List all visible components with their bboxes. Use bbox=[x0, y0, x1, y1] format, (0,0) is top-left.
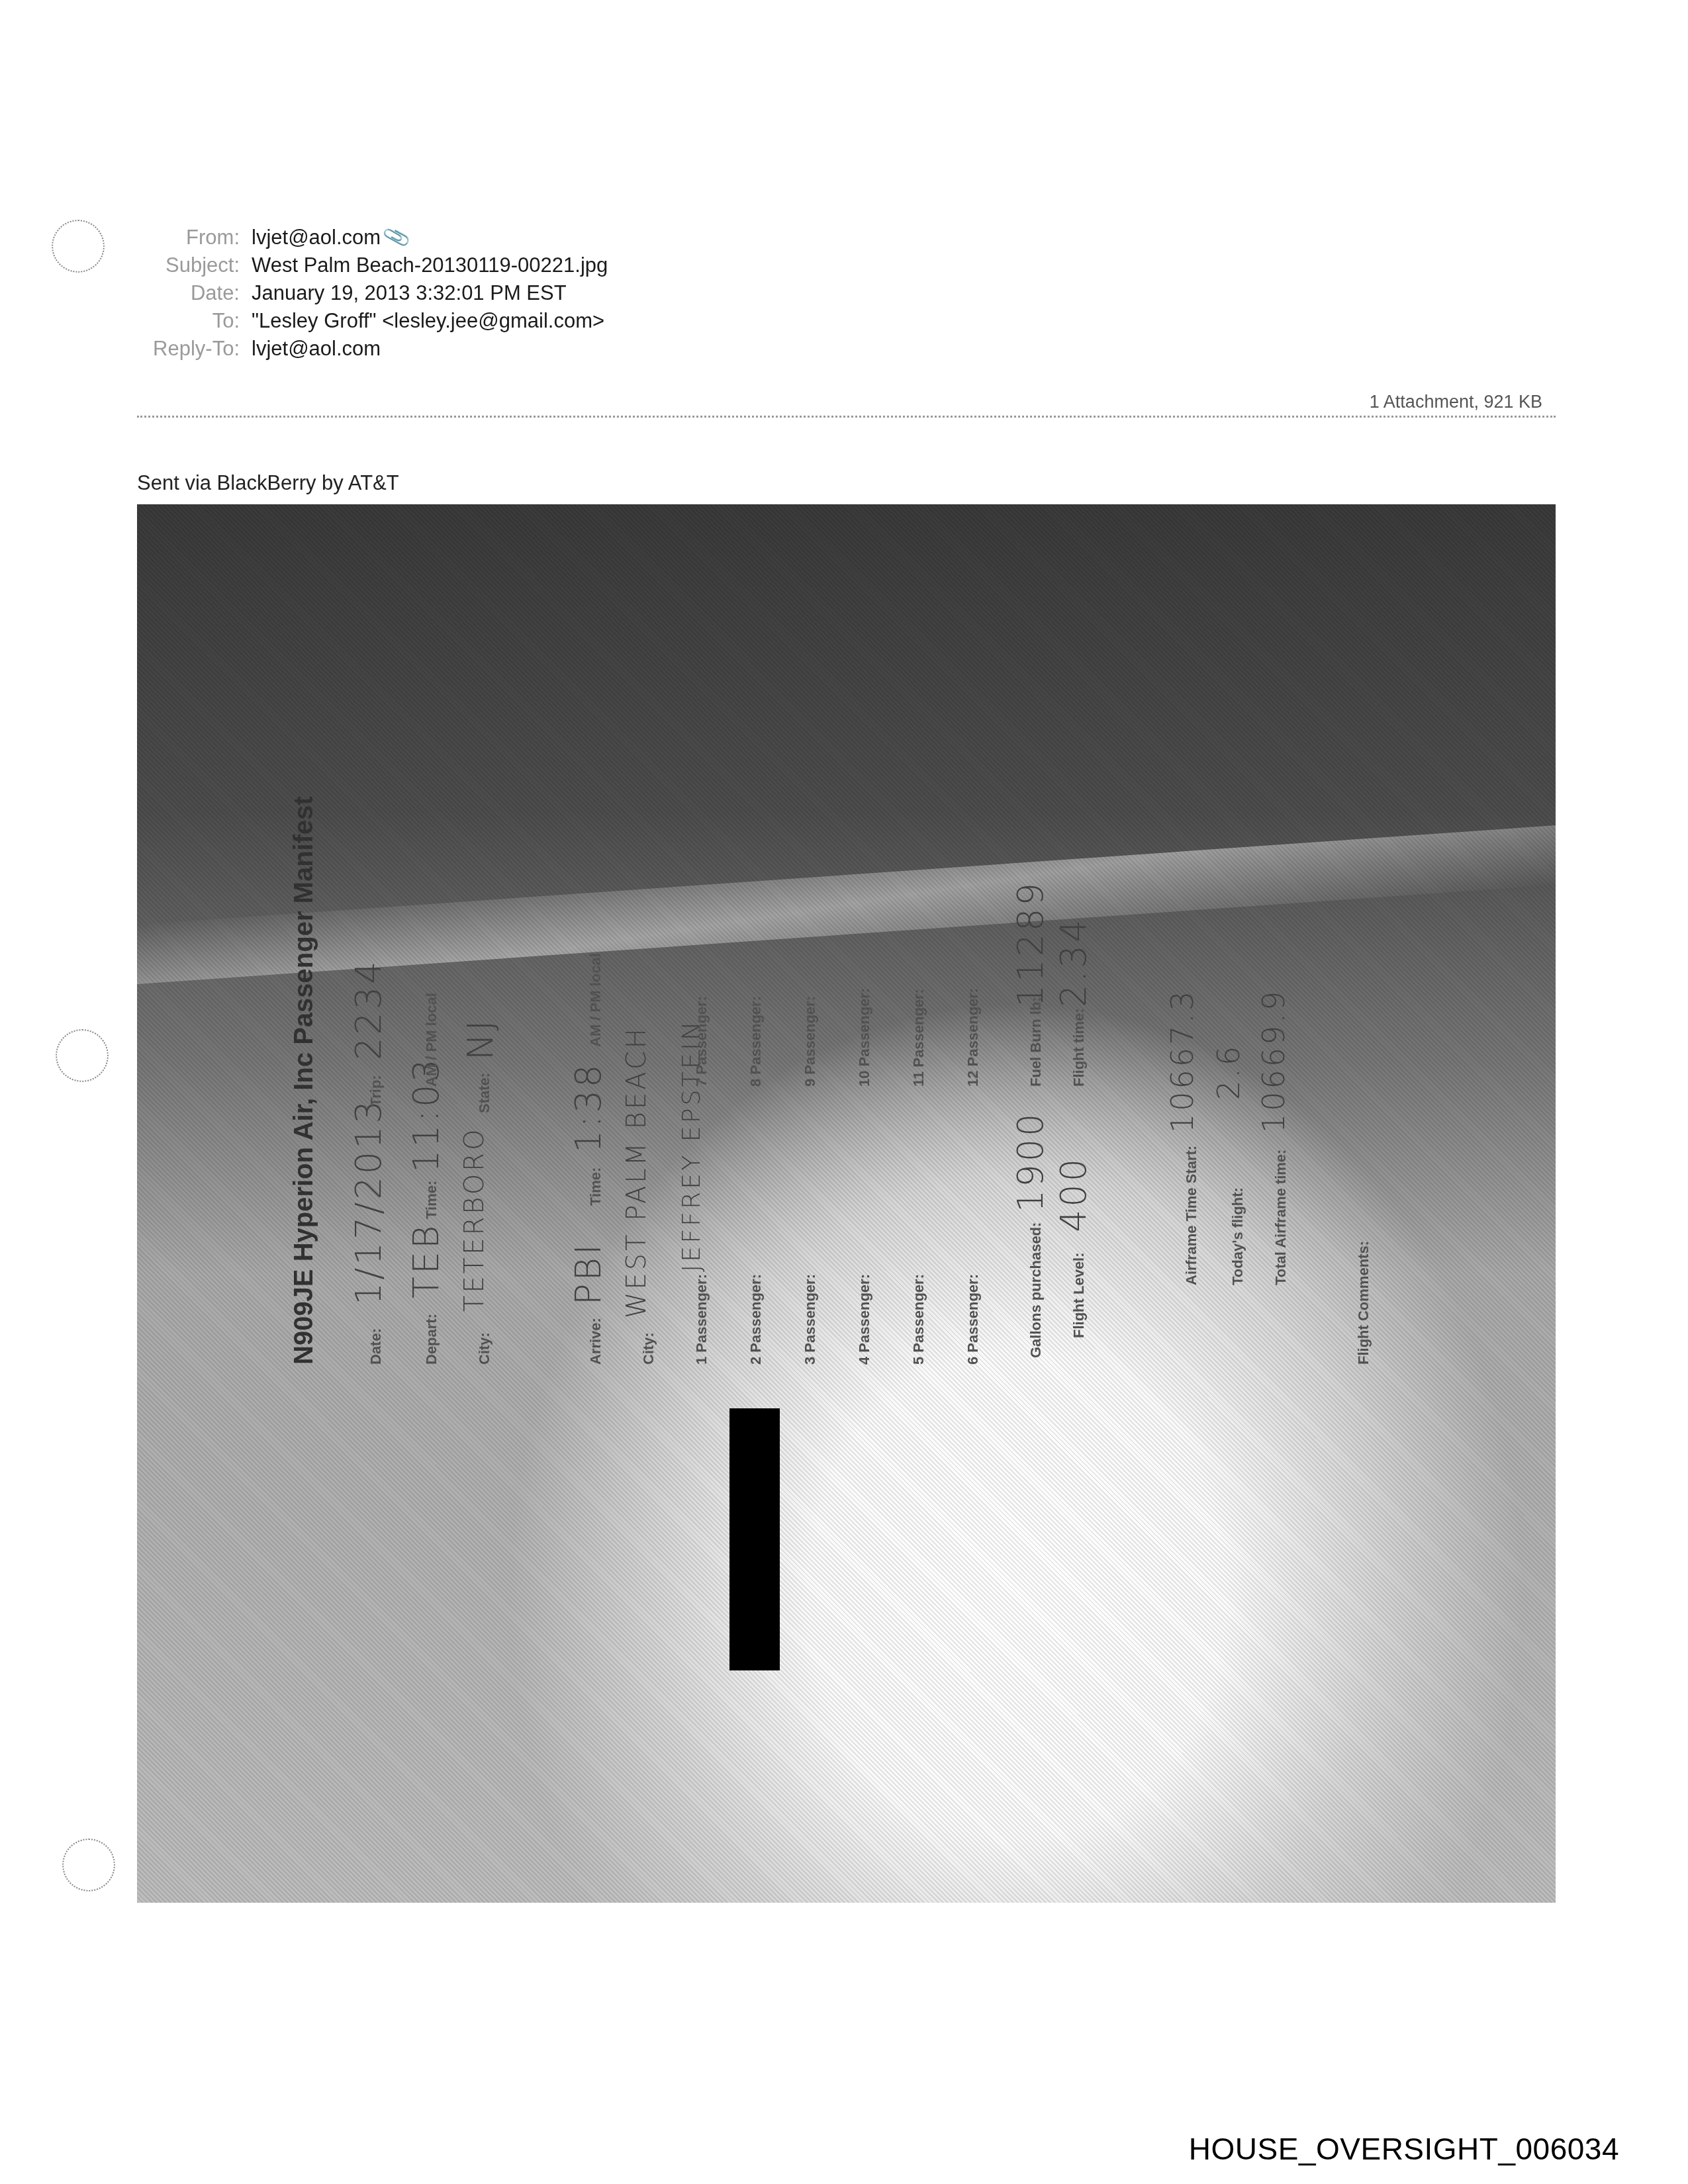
reply-to-row: Reply-To: lvjet@aol.com bbox=[119, 335, 608, 363]
date-value: January 19, 2013 3:32:01 PM EST bbox=[252, 281, 567, 305]
todays-flight-value: 2.6 bbox=[1211, 1044, 1246, 1100]
total-airframe-value: 10669.9 bbox=[1256, 989, 1291, 1133]
passenger-5-label: 5 Passenger: bbox=[910, 1274, 927, 1365]
manifest-arrive: PBI bbox=[567, 1242, 609, 1305]
fuel-burn-label: Fuel Burn lb: bbox=[1027, 997, 1045, 1087]
manifest-arrive-time-label: Time: bbox=[587, 1167, 604, 1206]
flight-level-value: 400 bbox=[1053, 1156, 1094, 1232]
manifest-arrive-city: WEST PALM BEACH bbox=[622, 1026, 652, 1318]
manifest-depart-ampm: AM / PM local bbox=[423, 993, 440, 1087]
to-value[interactable]: "Lesley Groff" <lesley.jee@gmail.com> bbox=[252, 309, 604, 333]
manifest-date: 1/17/2013 bbox=[348, 1098, 389, 1305]
passenger-9-label: 9 Passenger: bbox=[802, 996, 819, 1087]
passenger-2-label: 2 Passenger: bbox=[747, 1274, 765, 1365]
paperclip-icon: 📎 bbox=[381, 222, 412, 253]
manifest-arrive-time: 1:38 bbox=[567, 1062, 609, 1153]
passenger-10-label: 10 Passenger: bbox=[856, 988, 873, 1087]
hole-punch-bottom bbox=[62, 1839, 115, 1891]
date-label: Date: bbox=[119, 281, 252, 305]
passenger-6-label: 6 Passenger: bbox=[964, 1274, 982, 1365]
subject-row: Subject: West Palm Beach-20130119-00221.… bbox=[119, 251, 608, 279]
airframe-start-value: 10667.3 bbox=[1164, 989, 1200, 1133]
gallons-label: Gallons purchased: bbox=[1027, 1222, 1045, 1358]
fuel-burn-value: 11289 bbox=[1009, 880, 1051, 1007]
manifest-title: N909JE Hyperion Air, Inc Passenger Manif… bbox=[289, 796, 319, 1365]
gallons-value: 1900 bbox=[1009, 1111, 1051, 1212]
manifest-depart-label: Depart: bbox=[423, 1314, 440, 1365]
passenger-12-label: 12 Passenger: bbox=[964, 988, 982, 1087]
passenger-11-label: 11 Passenger: bbox=[910, 989, 927, 1087]
todays-flight-label: Today's flight: bbox=[1229, 1187, 1246, 1285]
manifest-trip-label: Trip: bbox=[367, 1075, 385, 1107]
passenger-4-label: 4 Passenger: bbox=[856, 1274, 873, 1365]
header-divider bbox=[137, 416, 1556, 418]
passenger-8-label: 8 Passenger: bbox=[747, 996, 765, 1087]
flight-comments-label: Flight Comments: bbox=[1355, 1241, 1372, 1365]
from-label: From: bbox=[119, 226, 252, 250]
flight-time-value: 2.34 bbox=[1053, 917, 1094, 1007]
attached-photo[interactable]: N909JE Hyperion Air, Inc Passenger Manif… bbox=[137, 504, 1556, 1903]
to-label: To: bbox=[119, 309, 252, 333]
from-value[interactable]: lvjet@aol.com bbox=[252, 226, 381, 250]
passenger-7-label: 7 Passenger: bbox=[693, 996, 710, 1087]
reply-to-value[interactable]: lvjet@aol.com bbox=[252, 337, 381, 361]
airframe-start-label: Airframe Time Start: bbox=[1183, 1146, 1200, 1285]
date-row: Date: January 19, 2013 3:32:01 PM EST bbox=[119, 279, 608, 307]
to-row: To: "Lesley Groff" <lesley.jee@gmail.com… bbox=[119, 307, 608, 335]
manifest-city-label: City: bbox=[476, 1332, 493, 1365]
subject-label: Subject: bbox=[119, 253, 252, 277]
hole-punch-middle bbox=[56, 1029, 109, 1082]
manifest-date-label: Date: bbox=[367, 1328, 385, 1365]
redaction-box bbox=[729, 1408, 780, 1670]
manifest-arrive-city-label: City: bbox=[640, 1332, 657, 1365]
email-body: Sent via BlackBerry by AT&T bbox=[137, 471, 399, 495]
from-row: From: lvjet@aol.com 📎 bbox=[119, 224, 608, 251]
manifest-depart-time-label: Time: bbox=[423, 1181, 440, 1219]
manifest-arrive-label: Arrive: bbox=[587, 1318, 604, 1365]
manifest-state-label: State: bbox=[476, 1073, 493, 1113]
flight-time-label: Flight time: bbox=[1070, 1008, 1088, 1087]
passenger-3-label: 3 Passenger: bbox=[802, 1274, 819, 1365]
bates-number: HOUSE_OVERSIGHT_006034 bbox=[1189, 2131, 1619, 2167]
reply-to-label: Reply-To: bbox=[119, 337, 252, 361]
attachment-summary[interactable]: 1 Attachment, 921 KB bbox=[1370, 392, 1542, 412]
flight-level-label: Flight Level: bbox=[1070, 1252, 1088, 1338]
manifest-arrive-ampm: AM / PM local bbox=[587, 953, 604, 1047]
total-airframe-label: Total Airframe time: bbox=[1272, 1150, 1289, 1285]
manifest-depart-state: NJ bbox=[459, 1018, 501, 1060]
subject-value: West Palm Beach-20130119-00221.jpg bbox=[252, 253, 608, 277]
manifest-depart-city: TETERBORO bbox=[459, 1127, 490, 1312]
passenger-1-label: 1 Passenger: bbox=[693, 1274, 710, 1365]
manifest-depart: TEB bbox=[405, 1223, 447, 1298]
hole-punch-top bbox=[52, 220, 105, 273]
email-header: From: lvjet@aol.com 📎 Subject: West Palm… bbox=[119, 224, 608, 363]
manifest-trip: 2234 bbox=[348, 959, 389, 1060]
